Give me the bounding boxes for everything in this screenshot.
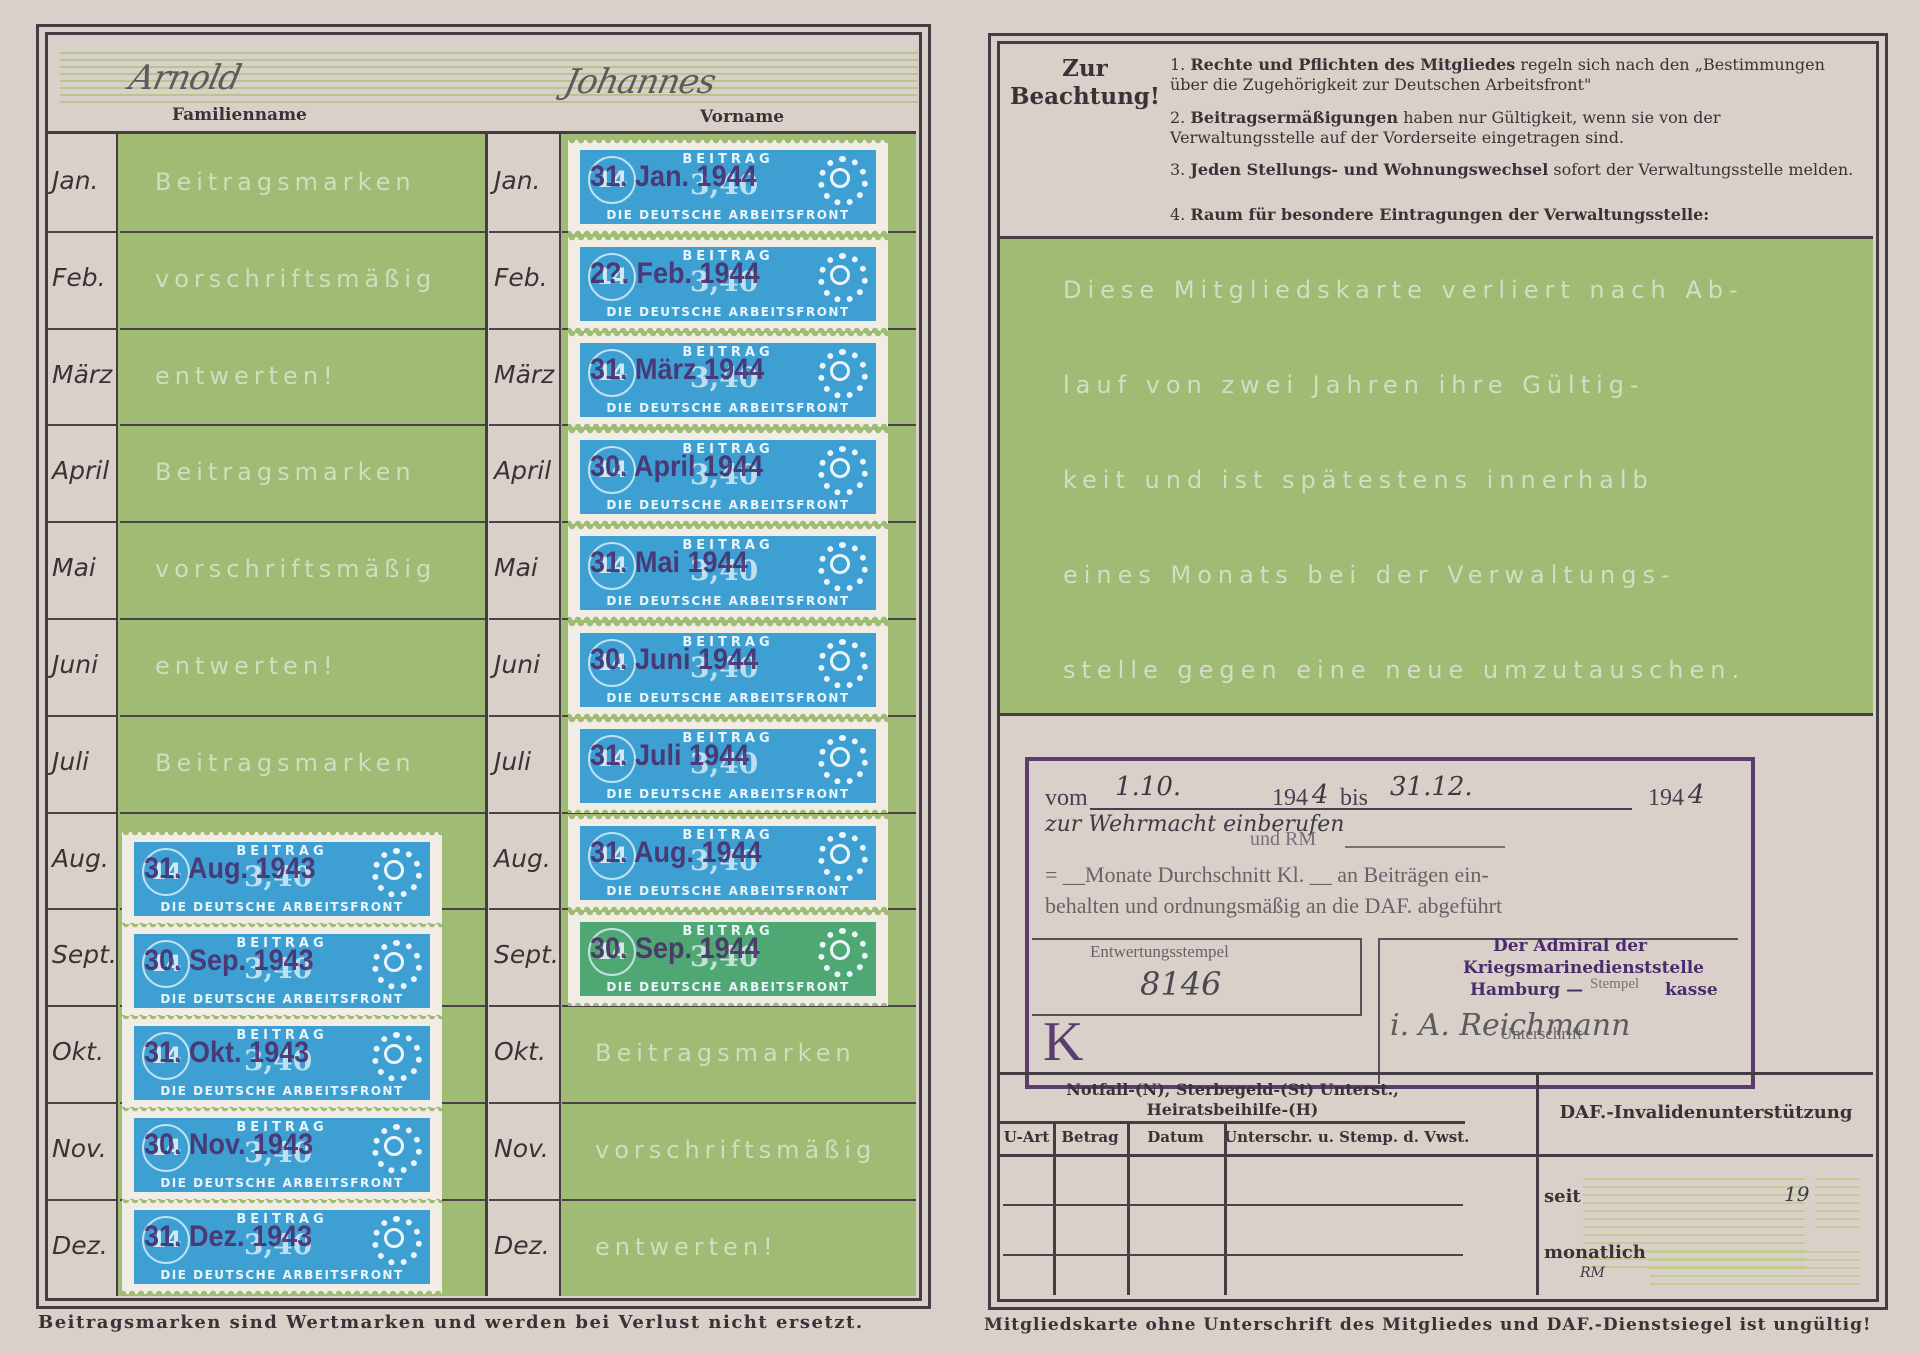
column-divider <box>559 134 561 1296</box>
office-line-1: Der Admiral der <box>1493 936 1647 956</box>
contribution-stamp: 14BEITRAG3,40DIE DEUTSCHE ARBEITSFRONT30… <box>568 912 888 1006</box>
stamp-issuer: DIE DEUTSCHE ARBEITSFRONT <box>580 305 876 319</box>
row-rule <box>120 424 485 426</box>
stamp-face: 14BEITRAG3,40DIE DEUTSCHE ARBEITSFRONT31… <box>580 150 876 224</box>
stamp-face: 14BEITRAG3,40DIE DEUTSCHE ARBEITSFRONT30… <box>134 934 430 1008</box>
column-divider <box>1053 1121 1056 1295</box>
month-label-left: Mai <box>52 553 96 582</box>
watermark-text: entwerten! <box>155 362 338 390</box>
row-rule <box>489 715 559 717</box>
stamp-face: 14BEITRAG3,40DIE DEUTSCHE ARBEITSFRONT31… <box>134 1026 430 1100</box>
bis-underline <box>1382 808 1632 810</box>
office-line-3b: kasse <box>1665 980 1718 1000</box>
class-letter: K <box>1043 1010 1083 1074</box>
stamp-issuer: DIE DEUTSCHE ARBEITSFRONT <box>580 401 876 415</box>
watermark-text: Beitragsmarken <box>155 749 416 777</box>
row-rule <box>489 231 559 233</box>
row-rule <box>562 1199 916 1201</box>
bis-label: bis <box>1340 785 1368 812</box>
cogwheel-emblem-icon <box>818 542 868 592</box>
center-divider <box>485 134 488 1296</box>
cogwheel-emblem-icon <box>818 349 868 399</box>
stamp-issuer: DIE DEUTSCHE ARBEITSFRONT <box>580 498 876 512</box>
notice-line: lauf von zwei Jahren ihre Gültig- <box>1063 371 1645 399</box>
column-header: U-Art <box>1000 1128 1053 1146</box>
row-rule <box>489 328 559 330</box>
row-rule <box>48 328 116 330</box>
cogwheel-emblem-icon <box>372 848 422 898</box>
row-rule <box>489 618 559 620</box>
office-line-3: Hamburg — <box>1470 980 1583 1000</box>
row-rule <box>489 1005 559 1007</box>
watermark-text: vorschriftsmäßig <box>595 1136 876 1164</box>
cancellation-date: 2?. Feb. 1944 <box>590 257 760 291</box>
family-name-signature: Arnold <box>126 58 244 98</box>
watermark-text: entwerten! <box>155 652 338 680</box>
row-rule <box>48 812 116 814</box>
contribution-stamp: 14BEITRAG3,40DIE DEUTSCHE ARBEITSFRONT30… <box>122 924 442 1018</box>
cancellation-date: 30. Sep. 1943 <box>144 944 314 978</box>
month-label-right: April <box>494 456 551 485</box>
stamp-face: 14BEITRAG3,40DIE DEUTSCHE ARBEITSFRONT31… <box>134 842 430 916</box>
row-rule <box>120 618 485 620</box>
rule-bold: Jeden Stellungs- und Wohnungswechsel <box>1190 160 1548 179</box>
notice-heading-line2: Beachtung! <box>1005 83 1165 111</box>
rule-item: 4. Raum für besondere Eintragungen der V… <box>1170 205 1865 225</box>
stamp-text-line3: = __Monate Durchschnitt Kl. __ an Beiträ… <box>1045 862 1489 888</box>
row-rule <box>48 1199 116 1201</box>
rule-text: sofort der Verwaltungsstelle melden. <box>1548 160 1853 179</box>
notice-line: Diese Mitgliedskarte verliert nach Ab- <box>1063 276 1744 304</box>
benefits-heading-1: Notfall-(N), Sterbegeld-(St) Unterst., <box>1000 1080 1465 1099</box>
cancellation-date: 31. Aug. 1944 <box>590 836 762 870</box>
stamp-issuer: DIE DEUTSCHE ARBEITSFRONT <box>580 980 876 994</box>
cogwheel-emblem-icon <box>818 832 868 882</box>
bis-value: 31.12. <box>1390 772 1473 802</box>
month-label-left: Juni <box>52 650 98 679</box>
stamp-face: 14BEITRAG3,40DIE DEUTSCHE ARBEITSFRONT31… <box>134 1210 430 1284</box>
row-rule <box>489 1102 559 1104</box>
row-rule <box>489 1199 559 1201</box>
cancellation-date: 30. Nov. 1943 <box>144 1128 313 1162</box>
month-label-left: März <box>52 360 112 389</box>
month-label-left: Aug. <box>52 844 109 873</box>
benefits-body-rule <box>1000 1154 1873 1157</box>
cancellation-date: 31. Juli 1944 <box>590 739 749 773</box>
stamp-issuer: DIE DEUTSCHE ARBEITSFRONT <box>134 900 430 914</box>
contribution-stamp: 14BEITRAG3,40DIE DEUTSCHE ARBEITSFRONT31… <box>568 719 888 813</box>
watermark-text: entwerten! <box>595 1233 778 1261</box>
cogwheel-emblem-icon <box>818 639 868 689</box>
cogwheel-emblem-icon <box>818 156 868 206</box>
cancellation-date: 31. Dez. 1943 <box>144 1220 312 1254</box>
year1-prefix: 194 <box>1272 785 1308 812</box>
stamp-issuer: DIE DEUTSCHE ARBEITSFRONT <box>580 787 876 801</box>
month-label-right: Jan. <box>494 166 540 195</box>
column-divider <box>116 134 118 1296</box>
cancellation-date: 30. April 1944 <box>590 450 763 484</box>
row-rule <box>48 424 116 426</box>
row-rule <box>120 328 485 330</box>
month-label-left: Jan. <box>52 166 98 195</box>
left-footer-note: Beitragsmarken sind Wertmarken und werde… <box>38 1312 864 1333</box>
stamp-issuer: DIE DEUTSCHE ARBEITSFRONT <box>134 992 430 1006</box>
cancellation-date: 31. März 1944 <box>590 353 764 387</box>
column-divider <box>1127 1121 1130 1295</box>
cancellation-date: 30. Sep. 1944 <box>590 932 760 966</box>
cogwheel-emblem-icon <box>372 1124 422 1174</box>
right-footer-note: Mitgliedskarte ohne Unterschrift des Mit… <box>984 1315 1871 1335</box>
month-label-left: Juli <box>52 747 89 776</box>
cogwheel-emblem-icon <box>372 1216 422 1266</box>
office-stempel: Stempel <box>1590 976 1639 993</box>
cogwheel-emblem-icon <box>818 446 868 496</box>
contribution-stamp: 14BEITRAG3,40DIE DEUTSCHE ARBEITSFRONT31… <box>568 526 888 620</box>
watermark-text: vorschriftsmäßig <box>155 265 436 293</box>
stamp-issuer: DIE DEUTSCHE ARBEITSFRONT <box>580 208 876 222</box>
year2-prefix: 194 <box>1648 785 1684 812</box>
notice-line: eines Monats bei der Verwaltungs- <box>1063 561 1676 589</box>
contribution-stamp: 14BEITRAG3,40DIE DEUTSCHE ARBEITSFRONT31… <box>122 1016 442 1110</box>
stamp-face: 14BEITRAG3,40DIE DEUTSCHE ARBEITSFRONT2?… <box>580 247 876 321</box>
family-name-caption: Familienname <box>172 105 307 125</box>
office-line-2: Kriegsmarinedienststelle <box>1463 958 1704 978</box>
stamp-issuer: DIE DEUTSCHE ARBEITSFRONT <box>134 1176 430 1190</box>
rm-label: und RM <box>1250 828 1316 851</box>
year2-value: 4 <box>1688 780 1705 810</box>
year1-value: 4 <box>1312 780 1329 810</box>
notice-heading: Zur Beachtung! <box>1005 55 1165 111</box>
row-rule <box>48 231 116 233</box>
notice-divider <box>1000 713 1873 716</box>
stamp-face: 14BEITRAG3,40DIE DEUTSCHE ARBEITSFRONT31… <box>580 729 876 803</box>
invalid-support-title: DAF.-Invalidenunterstützung <box>1539 1102 1873 1123</box>
stamp-face: 14BEITRAG3,40DIE DEUTSCHE ARBEITSFRONT31… <box>580 343 876 417</box>
cancellation-date: 31. Mai 1944 <box>590 546 748 580</box>
month-label-right: Nov. <box>494 1134 549 1163</box>
seit-label: seit <box>1544 1186 1581 1207</box>
watermark-text: Beitragsmarken <box>155 458 416 486</box>
first-name-signature: Johannes <box>561 62 719 102</box>
stamp-issuer: DIE DEUTSCHE ARBEITSFRONT <box>134 1084 430 1098</box>
contribution-stamp: 14BEITRAG3,40DIE DEUTSCHE ARBEITSFRONT31… <box>122 1200 442 1294</box>
stamp-face: 14BEITRAG3,40DIE DEUTSCHE ARBEITSFRONT30… <box>134 1118 430 1192</box>
month-label-right: Sept. <box>494 940 559 969</box>
benefits-header-rule <box>1000 1121 1465 1124</box>
month-label-right: Okt. <box>494 1037 546 1066</box>
currency-label: RM <box>1580 1265 1605 1281</box>
cancellation-date: 31. Aug. 1943 <box>144 852 316 886</box>
column-divider <box>1224 1121 1227 1295</box>
table-row <box>1003 1254 1463 1256</box>
row-rule <box>48 715 116 717</box>
month-label-right: März <box>494 360 554 389</box>
stamp-face: 14BEITRAG3,40DIE DEUTSCHE ARBEITSFRONT30… <box>580 922 876 996</box>
watermark-text: vorschriftsmäßig <box>155 555 436 583</box>
column-header: Datum <box>1127 1128 1224 1146</box>
notice-line: stelle gegen eine neue umzutauschen. <box>1063 656 1745 684</box>
stamp-text-line4: behalten und ordnungsmäßig an die DAF. a… <box>1045 893 1502 919</box>
contribution-stamp: 14BEITRAG3,40DIE DEUTSCHE ARBEITSFRONT31… <box>568 140 888 234</box>
stamp-face: 14BEITRAG3,40DIE DEUTSCHE ARBEITSFRONT30… <box>580 440 876 514</box>
month-label-left: Feb. <box>52 263 106 292</box>
column-header: Betrag <box>1053 1128 1127 1146</box>
contribution-stamp: 14BEITRAG3,40DIE DEUTSCHE ARBEITSFRONT31… <box>568 333 888 427</box>
month-label-right: Aug. <box>494 844 551 873</box>
rule-number: 1. <box>1170 55 1185 74</box>
month-label-right: Dez. <box>494 1231 550 1260</box>
rule-bold: Beitragsermäßigungen <box>1190 108 1398 127</box>
row-rule <box>489 521 559 523</box>
year-prefix: 19 <box>1784 1182 1809 1206</box>
rule-bold: Rechte und Pflichten des Mitgliedes <box>1190 55 1515 74</box>
notice-heading-line1: Zur <box>1005 55 1165 83</box>
cancellation-date: 30. Juni 1944 <box>590 643 758 677</box>
rule-number: 2. <box>1170 108 1185 127</box>
monthly-label: monatlich <box>1544 1242 1646 1263</box>
cancel-stamp-label: Entwertungsstempel <box>1090 942 1229 962</box>
contribution-stamp: 14BEITRAG3,40DIE DEUTSCHE ARBEITSFRONT30… <box>122 1108 442 1202</box>
row-rule <box>48 1005 116 1007</box>
rule-number: 4. <box>1170 205 1185 224</box>
monthly-lines <box>1650 1245 1860 1289</box>
row-rule <box>489 908 559 910</box>
month-label-left: Okt. <box>52 1037 104 1066</box>
column-header: Unterschr. u. Stemp. d. Vwst. <box>1224 1128 1465 1146</box>
watermark-text: Beitragsmarken <box>155 168 416 196</box>
benefits-top-rule <box>1000 1072 1873 1075</box>
cancel-stamp-number: 8146 <box>1140 965 1221 1003</box>
cogwheel-emblem-icon <box>818 253 868 303</box>
stamp-face: 14BEITRAG3,40DIE DEUTSCHE ARBEITSFRONT31… <box>580 536 876 610</box>
month-label-left: April <box>52 456 109 485</box>
contribution-stamp: 14BEITRAG3,40DIE DEUTSCHE ARBEITSFRONT31… <box>568 816 888 910</box>
month-label-right: Juli <box>494 747 531 776</box>
row-rule <box>48 618 116 620</box>
row-rule <box>120 521 485 523</box>
contribution-stamp: 14BEITRAG3,40DIE DEUTSCHE ARBEITSFRONT31… <box>122 832 442 926</box>
stamp-face: 14BEITRAG3,40DIE DEUTSCHE ARBEITSFRONT30… <box>580 633 876 707</box>
watermark-text: Beitragsmarken <box>595 1039 856 1067</box>
cogwheel-emblem-icon <box>818 735 868 785</box>
cogwheel-emblem-icon <box>372 940 422 990</box>
cancellation-date: 31. Okt. 1943 <box>144 1036 309 1070</box>
stamp-issuer: DIE DEUTSCHE ARBEITSFRONT <box>580 594 876 608</box>
stamp-divider <box>1378 938 1380 1084</box>
benefits-heading-2: Heiratsbeihilfe-(H) <box>1000 1100 1465 1119</box>
notice-line: keit und ist spätestens innerhalb <box>1063 466 1654 494</box>
rule-item: 1. Rechte und Pflichten des Mitgliedes r… <box>1170 55 1865 95</box>
vom-value: 1.10. <box>1115 772 1181 802</box>
rm-underline <box>1345 846 1505 848</box>
rule-item: 2. Beitragsermäßigungen haben nur Gültig… <box>1170 108 1865 148</box>
vom-label: vom <box>1045 785 1088 812</box>
month-label-right: Juni <box>494 650 540 679</box>
first-name-caption: Vorname <box>700 107 784 127</box>
table-row <box>1003 1204 1463 1206</box>
row-rule <box>489 424 559 426</box>
row-rule <box>120 231 485 233</box>
month-label-right: Feb. <box>494 263 548 292</box>
row-rule <box>120 715 485 717</box>
rule-number: 3. <box>1170 160 1185 179</box>
stamp-issuer: DIE DEUTSCHE ARBEITSFRONT <box>134 1268 430 1282</box>
contribution-stamp: 14BEITRAG3,40DIE DEUTSCHE ARBEITSFRONT30… <box>568 430 888 524</box>
month-label-left: Dez. <box>52 1231 108 1260</box>
row-rule <box>48 1102 116 1104</box>
cogwheel-emblem-icon <box>372 1032 422 1082</box>
year-lines <box>1815 1172 1859 1232</box>
rule-bold: Raum für besondere Eintragungen der Verw… <box>1190 205 1709 224</box>
row-rule <box>562 1102 916 1104</box>
cogwheel-emblem-icon <box>818 928 868 978</box>
rule-item: 3. Jeden Stellungs- und Wohnungswechsel … <box>1170 160 1865 180</box>
stamp-face: 14BEITRAG3,40DIE DEUTSCHE ARBEITSFRONT31… <box>580 826 876 900</box>
month-label-left: Sept. <box>52 940 117 969</box>
row-rule <box>489 812 559 814</box>
month-label-right: Mai <box>494 553 538 582</box>
month-label-left: Nov. <box>52 1134 107 1163</box>
stamp-issuer: DIE DEUTSCHE ARBEITSFRONT <box>580 691 876 705</box>
contribution-stamp: 14BEITRAG3,40DIE DEUTSCHE ARBEITSFRONT2?… <box>568 237 888 331</box>
row-rule <box>120 812 485 814</box>
cancellation-date: 31. Jan. 1944 <box>590 160 757 194</box>
contribution-stamp: 14BEITRAG3,40DIE DEUTSCHE ARBEITSFRONT30… <box>568 623 888 717</box>
row-rule <box>48 908 116 910</box>
stamp-issuer: DIE DEUTSCHE ARBEITSFRONT <box>580 884 876 898</box>
signature-label: Unterschrift <box>1500 1024 1582 1044</box>
row-rule <box>48 521 116 523</box>
